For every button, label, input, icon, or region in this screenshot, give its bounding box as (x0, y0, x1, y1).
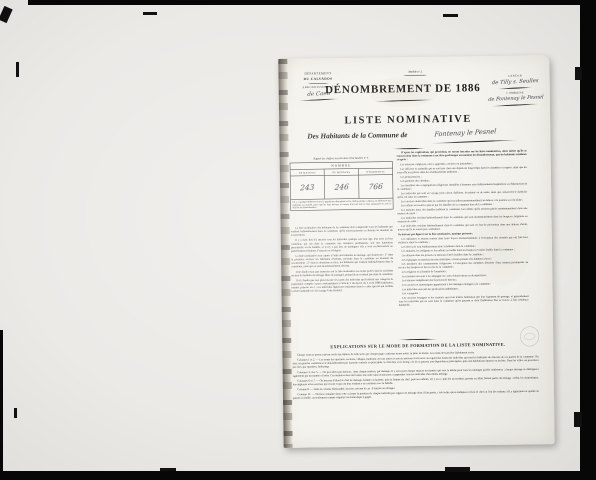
right-column-list-1: Les externes, employés, clercs, apprenti… (397, 162, 528, 232)
text-paragraph: La liste nominative sera copiée à l'aide… (291, 253, 393, 269)
text-line: Les individus résidant habituellement da… (398, 223, 528, 232)
right-column-list-2: Les militaires et marins rentrés dans le… (398, 236, 529, 308)
microfilm-scan: DÉPARTEMENT DU CALVADOS ARRONDISSEMENT d… (0, 0, 596, 480)
recap-col-maisons: DE MAISONS (290, 169, 324, 175)
film-corner-mark (0, 6, 13, 23)
text-paragraph: Il ne faudra donc pas transcrire sur la … (291, 269, 393, 278)
text-paragraph: La liste nominative des habitants de la … (291, 225, 393, 237)
film-bar-bottom (0, 471, 596, 480)
film-marker-bottom-left (160, 468, 176, 471)
film-marker-top-left (143, 12, 157, 15)
recap-value-maisons: 243 (300, 183, 315, 193)
recap-col-habitants: D'HABITANTS (359, 168, 393, 174)
left-column-text: La liste nominative des habitants de la … (291, 225, 395, 337)
recap-value-menages: 246 (334, 182, 349, 192)
film-bar-left (0, 330, 3, 475)
pencil-margin-note: 45 (282, 245, 288, 250)
recap-caption: Rappel des chiffres inscrits dans l'état… (291, 156, 392, 160)
text-paragraph: Colonne 11. — On fera connaître dans cet… (293, 390, 539, 401)
right-column-intro: D'après les explications qui précèdent, … (397, 149, 527, 162)
recap-col-menages: DE MÉNAGES (325, 169, 359, 175)
film-bar-top (28, 0, 596, 5)
film-marker-right-lower (574, 412, 582, 427)
explanations-text: Chaque nom ne portera qu'une seule inscr… (292, 350, 539, 442)
recap-value-habitants: 766 (368, 182, 383, 192)
list-subtitle: Des Habitants de la Commune de (307, 131, 407, 141)
text-paragraph: Il y a donc lieu d'y inscrire tous les i… (291, 238, 393, 254)
film-marker-left-lower (14, 408, 17, 418)
census-form-page: DÉPARTEMENT DU CALVADOS ARRONDISSEMENT d… (278, 55, 554, 448)
form-title: DÉNOMBREMENT DE 1886 (325, 81, 481, 96)
commune-handwritten: de Fontenay le Pesnel (481, 94, 551, 103)
film-bar-right (580, 0, 596, 480)
recap-table: NOMBRE DE MAISONS DE MÉNAGES D'HABITANTS… (290, 161, 394, 211)
model-number-label: Modèle n° 2. (400, 70, 430, 73)
text-paragraph: Il n'y faudra pas non plus inscrire les … (291, 278, 393, 294)
department-name: DU CALVADOS (291, 77, 346, 81)
department-label: DÉPARTEMENT (290, 72, 345, 76)
right-column-text: D'après les explications qui précèdent, … (397, 149, 530, 337)
film-marker-top-right (443, 14, 458, 17)
list-title: LISTE NOMINATIVE (344, 112, 472, 126)
film-marker-bottom-right (445, 467, 470, 472)
recap-note: S'il y a quelque différence entre la pop… (291, 198, 393, 211)
film-marker-right-upper (575, 67, 582, 80)
explanations-heading: EXPLICATIONS SUR LE MODE DE FORMATION DE… (330, 342, 505, 349)
list-subtitle-handwritten: Fontenay le Pesnel (434, 128, 496, 139)
canton-handwritten: de Tilly s. Seulles (482, 77, 547, 86)
film-marker-left-upper (16, 62, 19, 77)
text-line: Les ouvriers étrangers et les visiteurs … (399, 295, 529, 308)
